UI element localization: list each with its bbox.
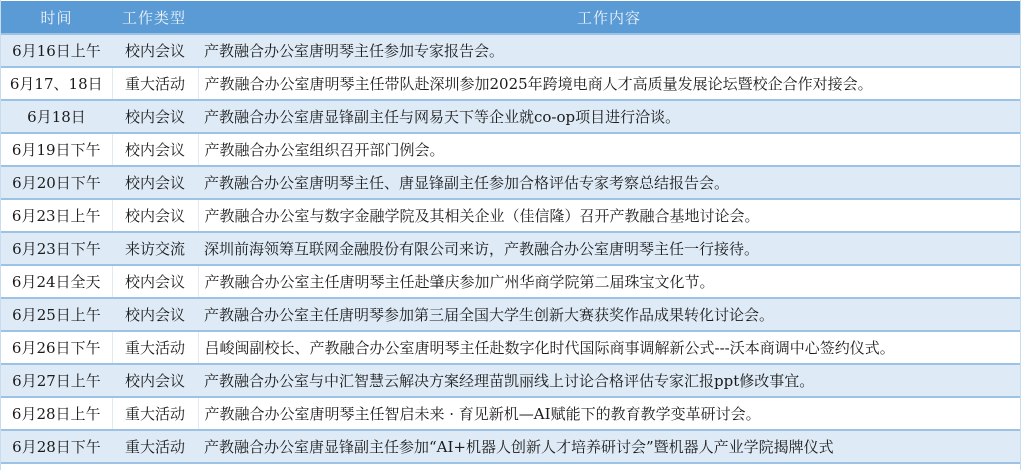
table-row: 6月23日下午 来访交流 深圳前海领筹互联网金融股份有限公司来访，产教融合办公室… (1, 232, 1020, 265)
cell-date: 6月28日下午 (1, 430, 112, 463)
table-header: 时间 工作类型 工作内容 (1, 1, 1020, 34)
cell-type: 校内会议 (112, 364, 198, 397)
cell-content: 产教融合办公室唐明琴主任参加专家报告会。 (198, 34, 1020, 67)
cell-date: 6月25日上午 (1, 298, 112, 331)
cell-type: 校内会议 (112, 166, 198, 199)
table-row: 6月16日上午 校内会议 产教融合办公室唐明琴主任参加专家报告会。 (1, 34, 1020, 67)
table-row: 6月18日 校内会议 产教融合办公室唐显锋副主任与网易天下等企业就co-op项目… (1, 100, 1020, 133)
table-row: 6月19日下午 校内会议 产教融合办公室组织召开部门例会。 (1, 133, 1020, 166)
cell-content: 深圳前海领筹互联网金融股份有限公司来访，产教融合办公室唐明琴主任一行接待。 (198, 232, 1020, 265)
cell-content: 产教融合办公室唐明琴主任带队赴深圳参加2025年跨境电商人才高质量发展论坛暨校企… (198, 67, 1020, 100)
table-row: 6月27日上午 校内会议 产教融合办公室与中汇智慧云解决方案经理苗凯丽线上讨论合… (1, 364, 1020, 397)
cell-date: 6月26日下午 (1, 331, 112, 364)
table-right-border (1020, 0, 1021, 470)
cell-type: 来访交流 (112, 232, 198, 265)
cell-content: 产教融合办公室唐显锋副主任与网易天下等企业就co-op项目进行洽谈。 (198, 100, 1020, 133)
cell-type: 重大活动 (112, 67, 198, 100)
cell-type: 校内会议 (112, 298, 198, 331)
table-body: 6月16日上午 校内会议 产教融合办公室唐明琴主任参加专家报告会。 6月17、1… (1, 34, 1020, 463)
cell-date: 6月20日下午 (1, 166, 112, 199)
cell-type: 重大活动 (112, 397, 198, 430)
cell-date: 6月16日上午 (1, 34, 112, 67)
work-schedule-table-container: 时间 工作类型 工作内容 6月16日上午 校内会议 产教融合办公室唐明琴主任参加… (1, 1, 1020, 464)
cell-content: 吕峻闽副校长、产教融合办公室唐明琴主任赴数字化时代国际商事调解新公式---沃本商… (198, 331, 1020, 364)
cell-content: 产教融合办公室组织召开部门例会。 (198, 133, 1020, 166)
table-row: 6月17、18日 重大活动 产教融合办公室唐明琴主任带队赴深圳参加2025年跨境… (1, 67, 1020, 100)
cell-date: 6月19日下午 (1, 133, 112, 166)
work-schedule-table: 时间 工作类型 工作内容 6月16日上午 校内会议 产教融合办公室唐明琴主任参加… (1, 1, 1020, 464)
cell-date: 6月18日 (1, 100, 112, 133)
cell-date: 6月23日下午 (1, 232, 112, 265)
cell-type: 校内会议 (112, 133, 198, 166)
cell-content: 产教融合办公室主任唐明琴主任赴肇庆参加广州华商学院第二届珠宝文化节。 (198, 265, 1020, 298)
cell-content: 产教融合办公室与中汇智慧云解决方案经理苗凯丽线上讨论合格评估专家汇报ppt修改事… (198, 364, 1020, 397)
cell-date: 6月17、18日 (1, 67, 112, 100)
cell-type: 重大活动 (112, 430, 198, 463)
cell-type: 校内会议 (112, 199, 198, 232)
cell-content: 产教融合办公室与数字金融学院及其相关企业（佳信隆）召开产教融合基地讨论会。 (198, 199, 1020, 232)
cell-type: 校内会议 (112, 265, 198, 298)
table-row: 6月23日上午 校内会议 产教融合办公室与数字金融学院及其相关企业（佳信隆）召开… (1, 199, 1020, 232)
header-content: 工作内容 (198, 1, 1020, 34)
header-date: 时间 (1, 1, 112, 34)
cell-date: 6月23日上午 (1, 199, 112, 232)
cell-content: 产教融合办公室唐明琴主任、唐显锋副主任参加合格评估专家考察总结报告会。 (198, 166, 1020, 199)
cell-content: 产教融合办公室主任唐明琴参加第三届全国大学生创新大赛获奖作品成果转化讨论会。 (198, 298, 1020, 331)
cell-content: 产教融合办公室唐显锋副主任参加“AI+机器人创新人才培养研讨会”暨机器人产业学院… (198, 430, 1020, 463)
cell-type: 重大活动 (112, 331, 198, 364)
table-row: 6月28日上午 重大活动 产教融合办公室唐明琴主任智启未来 · 育见新机—AI赋… (1, 397, 1020, 430)
cell-type: 校内会议 (112, 34, 198, 67)
table-row: 6月26日下午 重大活动 吕峻闽副校长、产教融合办公室唐明琴主任赴数字化时代国际… (1, 331, 1020, 364)
header-type: 工作类型 (112, 1, 198, 34)
cell-date: 6月28日上午 (1, 397, 112, 430)
header-row: 时间 工作类型 工作内容 (1, 1, 1020, 34)
cell-date: 6月27日上午 (1, 364, 112, 397)
table-row: 6月24日全天 校内会议 产教融合办公室主任唐明琴主任赴肇庆参加广州华商学院第二… (1, 265, 1020, 298)
table-row: 6月25日上午 校内会议 产教融合办公室主任唐明琴参加第三届全国大学生创新大赛获… (1, 298, 1020, 331)
cell-content: 产教融合办公室唐明琴主任智启未来 · 育见新机—AI赋能下的教育教学变革研讨会。 (198, 397, 1020, 430)
table-row: 6月20日下午 校内会议 产教融合办公室唐明琴主任、唐显锋副主任参加合格评估专家… (1, 166, 1020, 199)
table-row: 6月28日下午 重大活动 产教融合办公室唐显锋副主任参加“AI+机器人创新人才培… (1, 430, 1020, 463)
cell-type: 校内会议 (112, 100, 198, 133)
cell-date: 6月24日全天 (1, 265, 112, 298)
